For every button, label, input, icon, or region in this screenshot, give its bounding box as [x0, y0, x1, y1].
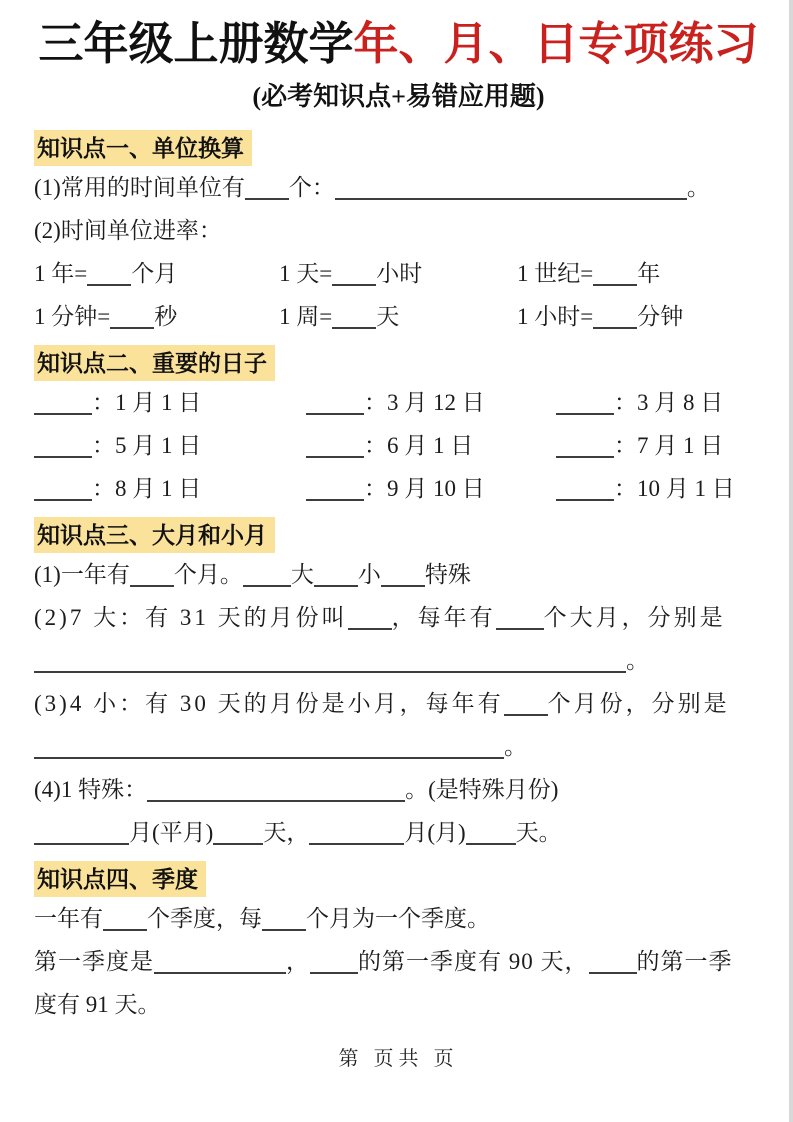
text-segment: ：6 月 1 日 [364, 433, 473, 458]
knowledge-section: 知识点四、季度一年有个季度，每个月为一个季度。第一季度是，的第一季度有 90 天… [34, 861, 763, 1020]
text-segment: 个季度，每 [147, 906, 262, 931]
column-cell: ：3 月 8 日 [556, 388, 763, 418]
text-segment: 特殊 [425, 562, 471, 587]
text-segment: 个月。 [174, 562, 243, 587]
worksheet-line: (1)一年有个月。大小特殊 [34, 560, 763, 590]
blank-line [332, 322, 376, 329]
column-cell: ：10 月 1 日 [556, 474, 763, 504]
text-segment: ：9 月 10 日 [364, 476, 485, 501]
column-cell: ：3 月 12 日 [306, 388, 556, 418]
text-segment: 的第一季 [637, 949, 733, 974]
blank-line [34, 451, 92, 458]
worksheet-body: 知识点一、单位换算(1)常用的时间单位有个：。(2)时间单位进率：1 年=个月1… [34, 130, 763, 1020]
worksheet-line: ：5 月 1 日：6 月 1 日：7 月 1 日 [34, 431, 763, 461]
text-segment: 第一季度是 [34, 949, 154, 974]
blank-line [306, 494, 364, 501]
text-segment: ， [286, 949, 310, 974]
text-segment: 个： [289, 175, 335, 200]
column-cell: 1 分钟=秒 [34, 302, 279, 332]
text-segment: 月(月) [404, 820, 465, 845]
column-cell: ：7 月 1 日 [556, 431, 763, 461]
text-segment: 分钟 [637, 304, 683, 329]
worksheet-line: 度有 91 天。 [34, 990, 763, 1020]
text-segment: 1 天= [279, 261, 332, 286]
text-segment: ：3 月 8 日 [614, 390, 723, 415]
text-segment: (2)时间单位进率： [34, 218, 222, 243]
worksheet-line: (1)常用的时间单位有个：。 [34, 173, 763, 203]
text-segment: 1 小时= [517, 304, 593, 329]
page-title: 三年级上册数学年、月、日专项练习 [34, 16, 763, 72]
text-segment: ：8 月 1 日 [92, 476, 201, 501]
blank-line [262, 924, 306, 931]
blank-line [593, 279, 637, 286]
column-cell: ：6 月 1 日 [306, 431, 556, 461]
worksheet-line: (4)1 特殊：。(是特殊月份) [34, 775, 763, 805]
blank-line [348, 623, 392, 630]
text-segment: 的第一季度有 90 天， [358, 949, 589, 974]
worksheet-line: 。 [34, 646, 763, 676]
column-cell: ：9 月 10 日 [306, 474, 556, 504]
blank-line [310, 967, 358, 974]
blank-line [335, 193, 687, 200]
worksheet-line: (2)时间单位进率： [34, 216, 763, 246]
worksheet-line: 一年有个季度，每个月为一个季度。 [34, 904, 763, 934]
section-heading: 知识点四、季度 [34, 861, 206, 897]
blank-line [243, 580, 291, 587]
blank-line [306, 408, 364, 415]
worksheet-page: 三年级上册数学年、月、日专项练习 (必考知识点+易错应用题) 知识点一、单位换算… [0, 0, 793, 1122]
text-segment: 。 [504, 734, 527, 759]
column-cell: 1 年=个月 [34, 259, 279, 289]
text-segment: 。 [687, 175, 710, 200]
title-red-part: 年、月、日专项练习 [354, 18, 759, 69]
knowledge-section: 知识点三、大月和小月(1)一年有个月。大小特殊(2)7 大：有 31 天的月份叫… [34, 517, 763, 848]
text-segment: 1 周= [279, 304, 332, 329]
text-segment: 个月 [131, 261, 177, 286]
column-cell: ：8 月 1 日 [34, 474, 306, 504]
column-cell: 1 周=天 [279, 302, 517, 332]
column-cell: 1 天=小时 [279, 259, 517, 289]
worksheet-line: 第一季度是，的第一季度有 90 天，的第一季 [34, 947, 763, 977]
blank-line [504, 709, 548, 716]
worksheet-line: 月(平月)天，月(月)天。 [34, 818, 763, 848]
text-segment: ：1 月 1 日 [92, 390, 201, 415]
worksheet-line: (2)7 大：有 31 天的月份叫，每年有个大月，分别是 [34, 603, 763, 633]
text-segment: (4)1 特殊： [34, 777, 147, 802]
knowledge-section: 知识点二、重要的日子：1 月 1 日：3 月 12 日：3 月 8 日：5 月 … [34, 345, 763, 504]
text-segment: 秒 [154, 304, 177, 329]
text-segment: (2)7 大：有 31 天的月份叫 [34, 605, 348, 630]
blank-line [34, 494, 92, 501]
blank-line [130, 580, 174, 587]
text-segment: 个月份，分别是 [548, 691, 730, 716]
blank-line [34, 838, 129, 845]
section-heading: 知识点一、单位换算 [34, 130, 252, 166]
worksheet-line: 1 年=个月1 天=小时1 世纪=年 [34, 259, 763, 289]
text-segment: (1)常用的时间单位有 [34, 175, 245, 200]
knowledge-section: 知识点一、单位换算(1)常用的时间单位有个：。(2)时间单位进率：1 年=个月1… [34, 130, 763, 332]
text-segment: 个月为一个季度。 [306, 906, 490, 931]
blank-line [147, 795, 405, 802]
worksheet-line: ：8 月 1 日：9 月 10 日：10 月 1 日 [34, 474, 763, 504]
worksheet-line: (3)4 小：有 30 天的月份是小月，每年有个月份，分别是 [34, 689, 763, 719]
blank-line [103, 924, 147, 931]
blank-line [245, 193, 289, 200]
text-segment: 年 [637, 261, 660, 286]
text-segment: ：5 月 1 日 [92, 433, 201, 458]
blank-line [34, 666, 626, 673]
blank-line [556, 494, 614, 501]
blank-line [154, 967, 286, 974]
text-segment: 个大月，分别是 [544, 605, 726, 630]
blank-line [34, 752, 504, 759]
column-cell: ：5 月 1 日 [34, 431, 306, 461]
blank-line [34, 408, 92, 415]
blank-line [306, 451, 364, 458]
text-segment: 月(平月) [129, 820, 213, 845]
title-black-part: 三年级上册数学 [38, 18, 353, 69]
blank-line [381, 580, 425, 587]
worksheet-line: 。 [34, 732, 763, 762]
text-segment: 小 [358, 562, 381, 587]
text-segment: ，每年有 [392, 605, 496, 630]
blank-line [110, 322, 154, 329]
worksheet-line: 1 分钟=秒1 周=天1 小时=分钟 [34, 302, 763, 332]
text-segment: (3)4 小：有 30 天的月份是小月，每年有 [34, 691, 504, 716]
text-segment: 天， [263, 820, 309, 845]
blank-line [87, 279, 131, 286]
blank-line [332, 279, 376, 286]
column-cell: 1 小时=分钟 [517, 302, 763, 332]
column-cell: ：1 月 1 日 [34, 388, 306, 418]
text-segment: 天。 [516, 820, 562, 845]
text-segment: 1 分钟= [34, 304, 110, 329]
text-segment: 。(是特殊月份) [405, 777, 558, 802]
text-segment: 小时 [376, 261, 422, 286]
blank-line [309, 838, 404, 845]
text-segment: ：7 月 1 日 [614, 433, 723, 458]
text-segment: 一年有 [34, 906, 103, 931]
blank-line [314, 580, 358, 587]
blank-line [496, 623, 544, 630]
text-segment: 1 年= [34, 261, 87, 286]
worksheet-line: ：1 月 1 日：3 月 12 日：3 月 8 日 [34, 388, 763, 418]
text-segment: 。 [626, 648, 649, 673]
text-segment: ：10 月 1 日 [614, 476, 735, 501]
text-segment: (1)一年有 [34, 562, 130, 587]
section-heading: 知识点三、大月和小月 [34, 517, 275, 553]
blank-line [589, 967, 637, 974]
text-segment: 度有 91 天。 [34, 992, 161, 1017]
section-heading: 知识点二、重要的日子 [34, 345, 275, 381]
blank-line [213, 838, 263, 845]
column-cell: 1 世纪=年 [517, 259, 763, 289]
text-segment: 天 [376, 304, 399, 329]
blank-line [556, 451, 614, 458]
blank-line [556, 408, 614, 415]
text-segment: 大 [291, 562, 314, 587]
page-footer: 第 页共 页 [34, 1042, 763, 1071]
text-segment: ：3 月 12 日 [364, 390, 485, 415]
blank-line [466, 838, 516, 845]
blank-line [593, 322, 637, 329]
text-segment: 1 世纪= [517, 261, 593, 286]
page-subtitle: (必考知识点+易错应用题) [34, 80, 763, 114]
